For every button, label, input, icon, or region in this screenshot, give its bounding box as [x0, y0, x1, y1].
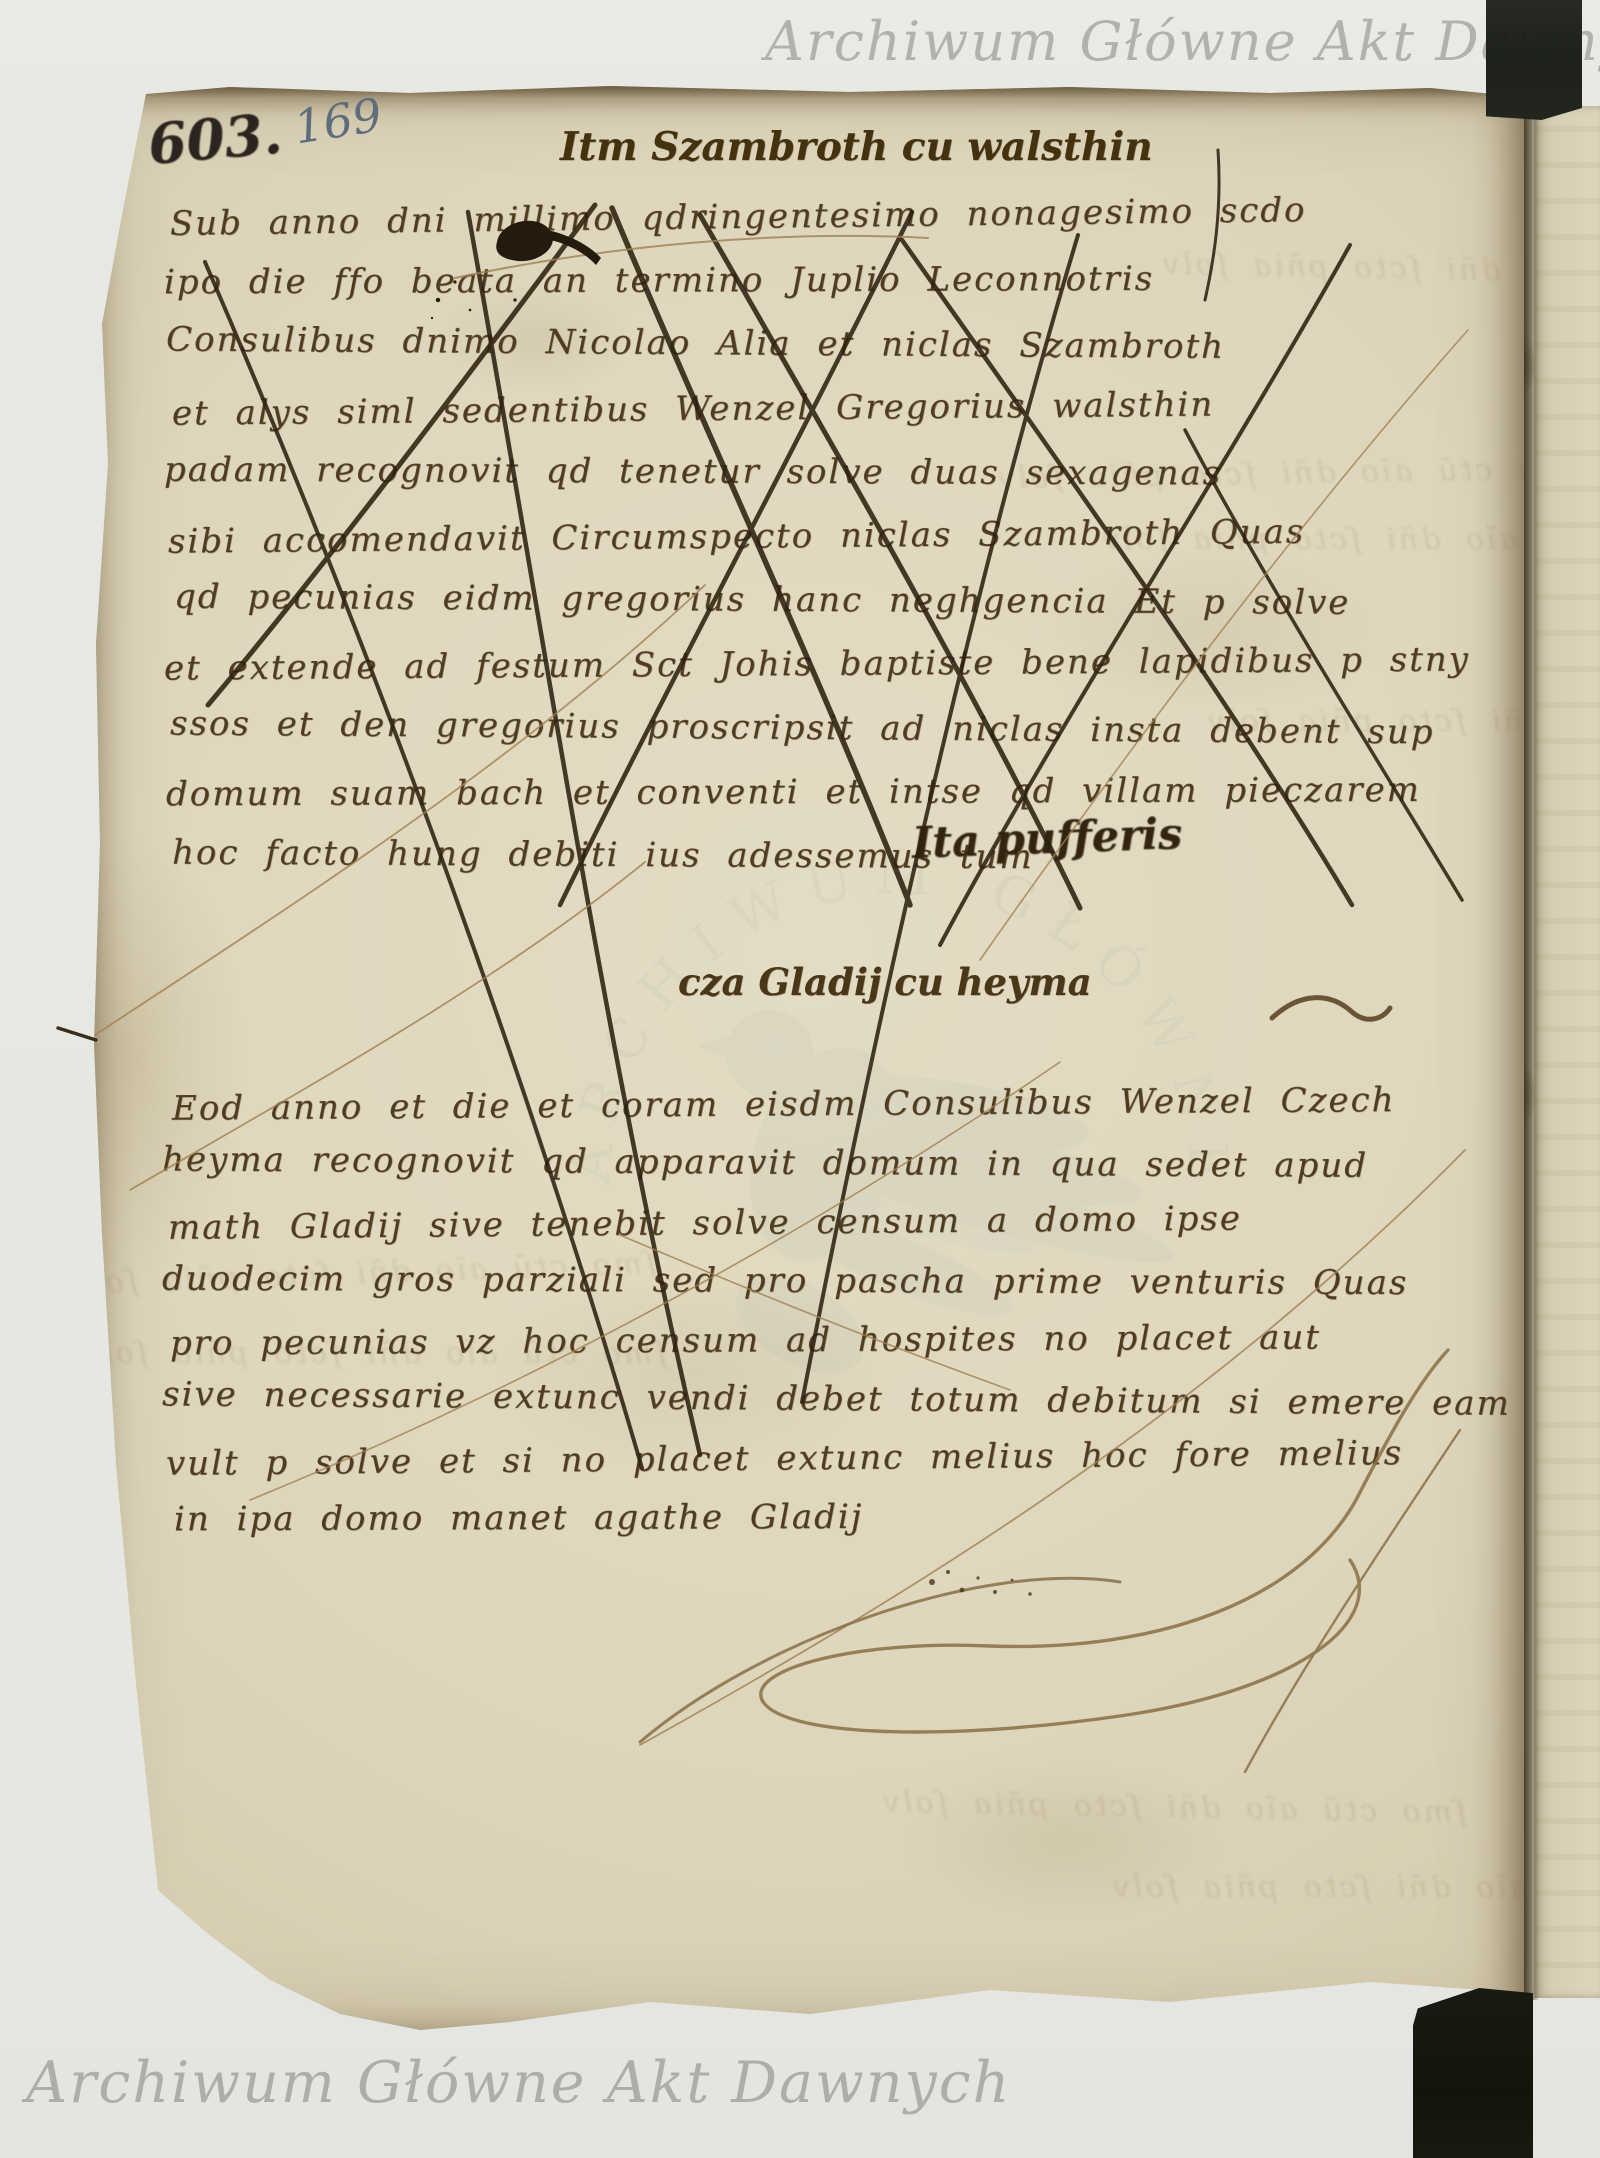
entry1-heading: Itm Szambroth cu walsthin — [560, 124, 1153, 170]
manuscript-line: hoc facto hung debiti ius adessemus tum — [164, 833, 1470, 904]
manuscript-line: math Gladij sive tenebit solve censum a … — [162, 1196, 1511, 1267]
adjacent-page-edge — [1534, 106, 1600, 1998]
manuscript-line: domum suam bach et conventi et intse qd … — [164, 770, 1470, 839]
manuscript-line: padam recognovit qd tenetur solve duas s… — [164, 450, 1470, 519]
archival-scan: ARCHIWUM GŁÓWNE ſmo ctū aīo dñi ſcto pñi… — [0, 0, 1600, 2158]
manuscript-line: Consulibus dnimo Nicolao Alia et niclas … — [164, 319, 1470, 392]
bleed-through-line: ſmo ctū aīo dñi ſcto pñia ſolv — [880, 1785, 1467, 1830]
manuscript-line: sive necessarie extunc vendi debet totum… — [162, 1374, 1511, 1442]
manuscript-line: vult p solve et si no placet extunc meli… — [162, 1432, 1511, 1503]
watermark-bottom: Archiwum Główne Akt Dawnych — [26, 2050, 1011, 2116]
entry2-heading: cza Gladij cu heyma — [678, 960, 1092, 1004]
entry2-body: Eod anno et die et coram eisdm Consulibu… — [162, 1084, 1511, 1556]
manuscript-line: duodecim gros parziali sed pro pascha pr… — [162, 1259, 1511, 1323]
manuscript-line: et alys siml sedentibus Wenzel Gregorius… — [164, 382, 1471, 457]
old-folio-number: 603. — [145, 100, 284, 176]
manuscript-line: Sub anno dni millimo qdringentesimo nona… — [164, 188, 1471, 268]
manuscript-line: qd pecunias eidm gregorius hanc neghgenc… — [164, 577, 1470, 648]
entry1-closing-signature: Ita pufferis — [911, 809, 1183, 868]
entry1-body: Sub anno dni millimo qdringentesimo nona… — [164, 196, 1470, 900]
manuscript-line: Eod anno et die et coram eisdm Consulibu… — [162, 1079, 1511, 1147]
watermark-top: Archiwum Główne Akt Dawnych — [765, 10, 1600, 73]
manuscript-line: et extende ad festum Sct Johis baptiste … — [164, 639, 1470, 712]
manuscript-page: ARCHIWUM GŁÓWNE ſmo ctū aīo dñi ſcto pñi… — [90, 84, 1524, 2034]
manuscript-line: pro pecunias vz hoc censum ad hospites n… — [162, 1316, 1511, 1382]
manuscript-line: heyma recognovit qd apparavit domum in q… — [162, 1139, 1511, 1205]
black-ribbon-bottom — [1413, 1988, 1533, 2158]
margin-mark — [58, 1028, 96, 1040]
manuscript-line: ssos et den gregorius proscripsit ad nic… — [164, 703, 1470, 776]
manuscript-line: sibi accomendavit Circumspecto niclas Sz… — [164, 510, 1471, 585]
manuscript-line: ipo die ffo beata an termino Juplio Leco… — [164, 258, 1470, 327]
manuscript-line: in ipa domo manet agathe Gladij — [162, 1495, 1511, 1559]
